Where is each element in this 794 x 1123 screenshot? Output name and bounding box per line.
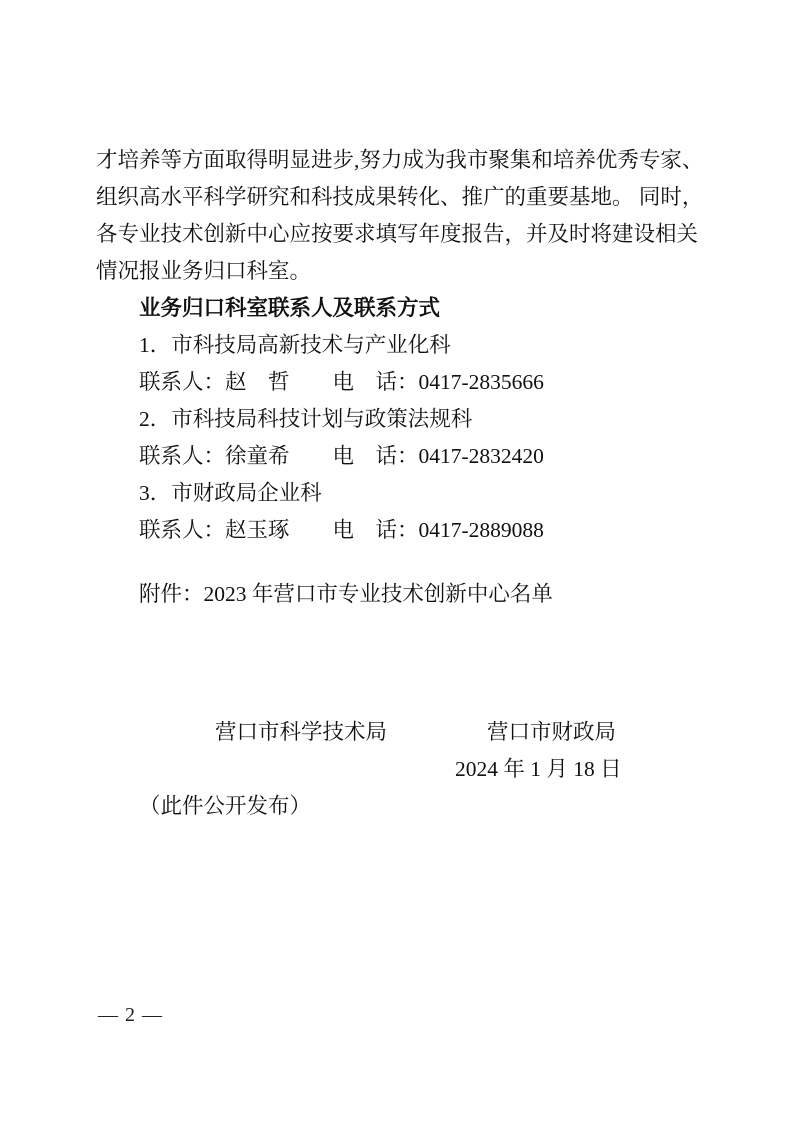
contact-person-phone: 联系人：赵玉琢 电 话：0417-2889088 [96,512,700,549]
page-number: — 2 — [98,1001,163,1029]
contact-person-phone: 联系人：赵 哲 电 话：0417-2835666 [96,364,700,401]
date-row: 2024 年 1 月 18 日 [96,751,700,788]
signature-science-bureau: 营口市科学技术局 [215,714,387,751]
body-paragraph: 才培养等方面取得明显进步,努力成为我市聚集和培养优秀专家、 组织高水平科学研究和… [96,142,700,290]
document-date: 2024 年 1 月 18 日 [455,751,622,788]
paragraph-line: 才培养等方面取得明显进步,努力成为我市聚集和培养优秀专家、 [96,142,700,179]
contact-department: 2．市科技局科技计划与政策法规科 [96,401,700,438]
contact-department: 3．市财政局企业科 [96,475,700,512]
paragraph-line: 各专业技术创新中心应按要求填写年度报告，并及时将建设相关 [96,216,700,253]
attachment-line: 附件：2023 年营口市专业技术创新中心名单 [96,576,700,613]
contact-department: 1．市科技局高新技术与产业化科 [96,327,700,364]
contact-list: 1．市科技局高新技术与产业化科 联系人：赵 哲 电 话：0417-2835666… [96,327,700,549]
signature-block: 营口市科学技术局 营口市财政局 2024 年 1 月 18 日 （此件公开发布） [96,714,700,825]
document-page: 才培养等方面取得明显进步,努力成为我市聚集和培养优秀专家、 组织高水平科学研究和… [0,0,794,1123]
document-body: 才培养等方面取得明显进步,努力成为我市聚集和培养优秀专家、 组织高水平科学研究和… [96,142,700,825]
section-heading: 业务归口科室联系人及联系方式 [96,290,700,327]
signature-row: 营口市科学技术局 营口市财政局 [96,714,700,751]
contact-person-phone: 联系人：徐童希 电 话：0417-2832420 [96,438,700,475]
paragraph-line: 情况报业务归口科室。 [96,253,700,290]
publish-note: （此件公开发布） [96,788,700,825]
signature-finance-bureau: 营口市财政局 [487,714,616,751]
paragraph-line: 组织高水平科学研究和科技成果转化、推广的重要基地。 同时， [96,179,700,216]
